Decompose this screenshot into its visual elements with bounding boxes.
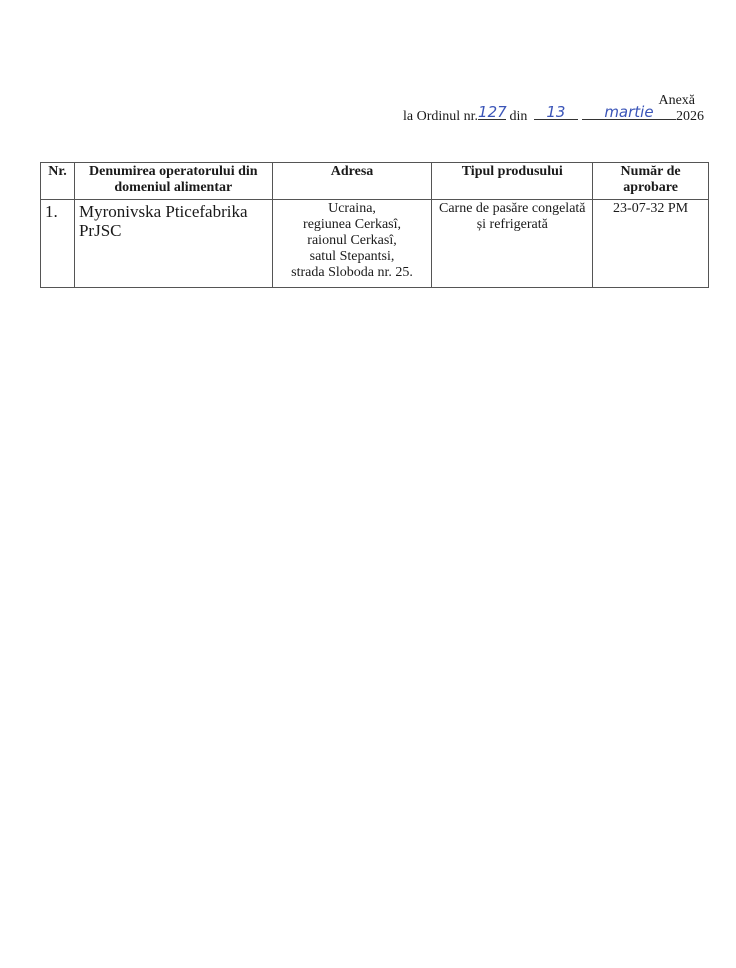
col-header-product: Tipul produsului	[432, 163, 593, 200]
address-line: Ucraina,	[277, 201, 428, 217]
order-reference: la Ordinul nr.127 din 13martie2026	[403, 108, 704, 125]
order-year: 2026	[676, 109, 704, 124]
order-month: martie	[582, 105, 676, 120]
cell-address: Ucraina, regiunea Cerkasî, raionul Cerka…	[272, 200, 432, 288]
col-header-address: Adresa	[272, 163, 432, 200]
cell-product: Carne de pasăre congelată și refrigerată	[432, 200, 593, 288]
cell-operator: Myronivska Pticefabrika PrJSC	[74, 200, 272, 288]
order-number: 127	[478, 105, 506, 120]
address-line: regiunea Cerkasî,	[277, 217, 428, 233]
table-header-row: Nr. Denumirea operatorului din domeniul …	[41, 163, 709, 200]
table-row: 1. Myronivska Pticefabrika PrJSC Ucraina…	[41, 200, 709, 288]
col-header-nr: Nr.	[41, 163, 75, 200]
order-day: 13	[534, 105, 578, 120]
address-line: strada Sloboda nr. 25.	[277, 265, 428, 281]
address-line: satul Stepantsi,	[277, 249, 428, 265]
cell-nr: 1.	[41, 200, 75, 288]
order-prefix: la Ordinul nr.	[403, 109, 478, 124]
operators-table: Nr. Denumirea operatorului din domeniul …	[40, 162, 709, 288]
col-header-operator: Denumirea operatorului din domeniul alim…	[74, 163, 272, 200]
cell-approval-number: 23-07-32 PM	[593, 200, 709, 288]
date-connector: din	[510, 109, 528, 124]
address-line: raionul Cerkasî,	[277, 233, 428, 249]
col-header-approval: Număr de aprobare	[593, 163, 709, 200]
